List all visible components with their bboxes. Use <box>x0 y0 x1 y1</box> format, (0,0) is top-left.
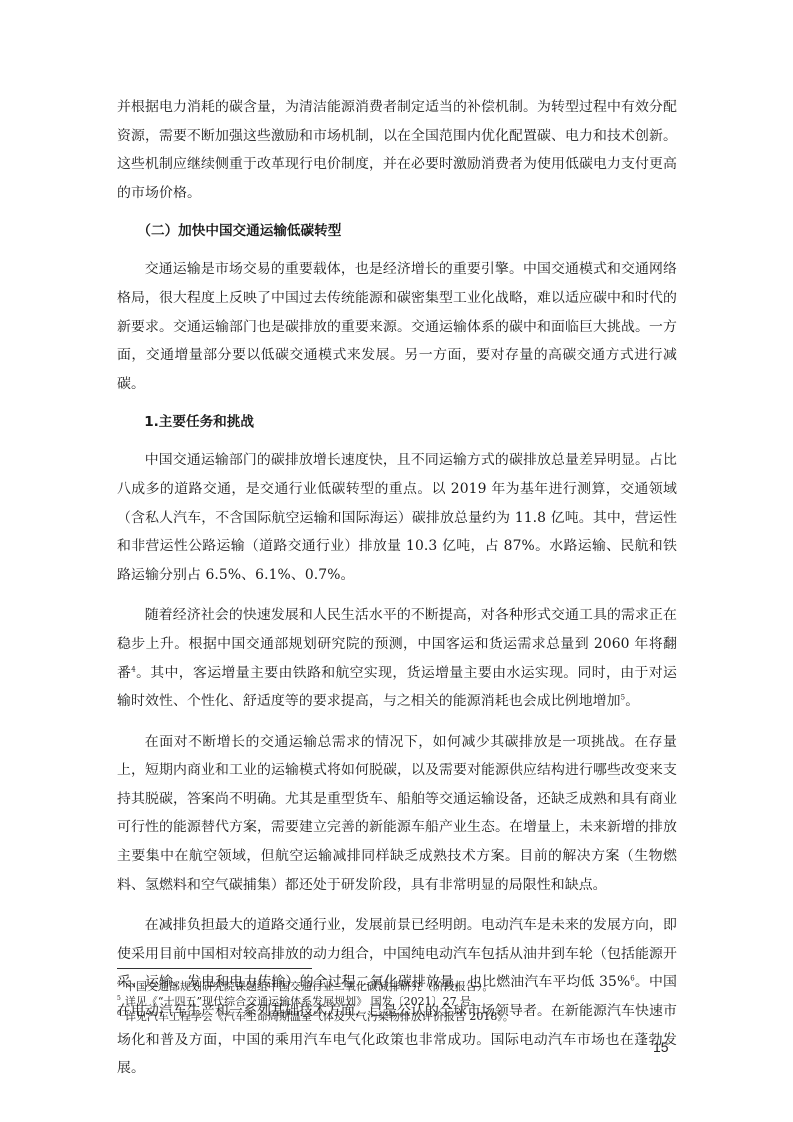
page-body: 并根据电力消耗的碳含量，为清洁能源消费者制定适当的补偿机制。为转型过程中有效分配… <box>117 93 677 1083</box>
paragraph-demand-text-c: 。 <box>625 693 639 709</box>
footnote-6: 6详见汽车工程学会《汽车生命周期温室气体及大气污染物排放评价报告 2018》。 <box>117 1009 677 1024</box>
section-intro-paragraph: 交通运输是市场交易的重要载体，也是经济增长的重要引擎。中国交通模式和交通网络格局… <box>117 255 677 398</box>
footnote-number: 4 <box>117 980 121 987</box>
subsection-heading: 1.主要任务和挑战 <box>117 408 677 436</box>
footnote-text: 中国交通部规划研究院课题组中国交通行业二氧化碳减排研究（阶段报告）。 <box>125 980 494 993</box>
footnote-4: 4中国交通部规划研究院课题组中国交通行业二氧化碳减排研究（阶段报告）。 <box>117 979 677 994</box>
section-heading: （二）加快中国交通运输低碳转型 <box>117 217 677 245</box>
footnote-number: 6 <box>117 1010 121 1017</box>
footnote-text: 详见《“十四五”现代综合交通运输体系发展规划》 国发〔2021〕27 号。 <box>125 995 482 1008</box>
paragraph-demand: 随着经济社会的快速发展和人民生活水平的不断提高，对各种形式交通工具的需求正在稳步… <box>117 601 677 715</box>
footnote-number: 5 <box>117 995 121 1002</box>
footnotes: 4中国交通部规划研究院课题组中国交通行业二氧化碳减排研究（阶段报告）。 5详见《… <box>117 979 677 1024</box>
paragraph-demand-text-b: 。其中，客运增量主要由铁路和航空实现，货运增量主要由水运实现。同时，由于对运输时… <box>117 665 677 710</box>
page-number: 15 <box>653 1039 669 1055</box>
paragraph-emissions: 中国交通运输部门的碳排放增长速度快，且不同运输方式的碳排放总量差异明显。占比八成… <box>117 446 677 589</box>
paragraph-continuation: 并根据电力消耗的碳含量，为清洁能源消费者制定适当的补偿机制。为转型过程中有效分配… <box>117 93 677 207</box>
footnote-divider <box>117 968 312 969</box>
footnote-5: 5详见《“十四五”现代综合交通运输体系发展规划》 国发〔2021〕27 号。 <box>117 994 677 1009</box>
paragraph-challenges: 在面对不断增长的交通运输总需求的情况下，如何减少其碳排放是一项挑战。在存量上，短… <box>117 728 677 900</box>
footnote-text: 详见汽车工程学会《汽车生命周期温室气体及大气污染物排放评价报告 2018》。 <box>125 1010 514 1023</box>
